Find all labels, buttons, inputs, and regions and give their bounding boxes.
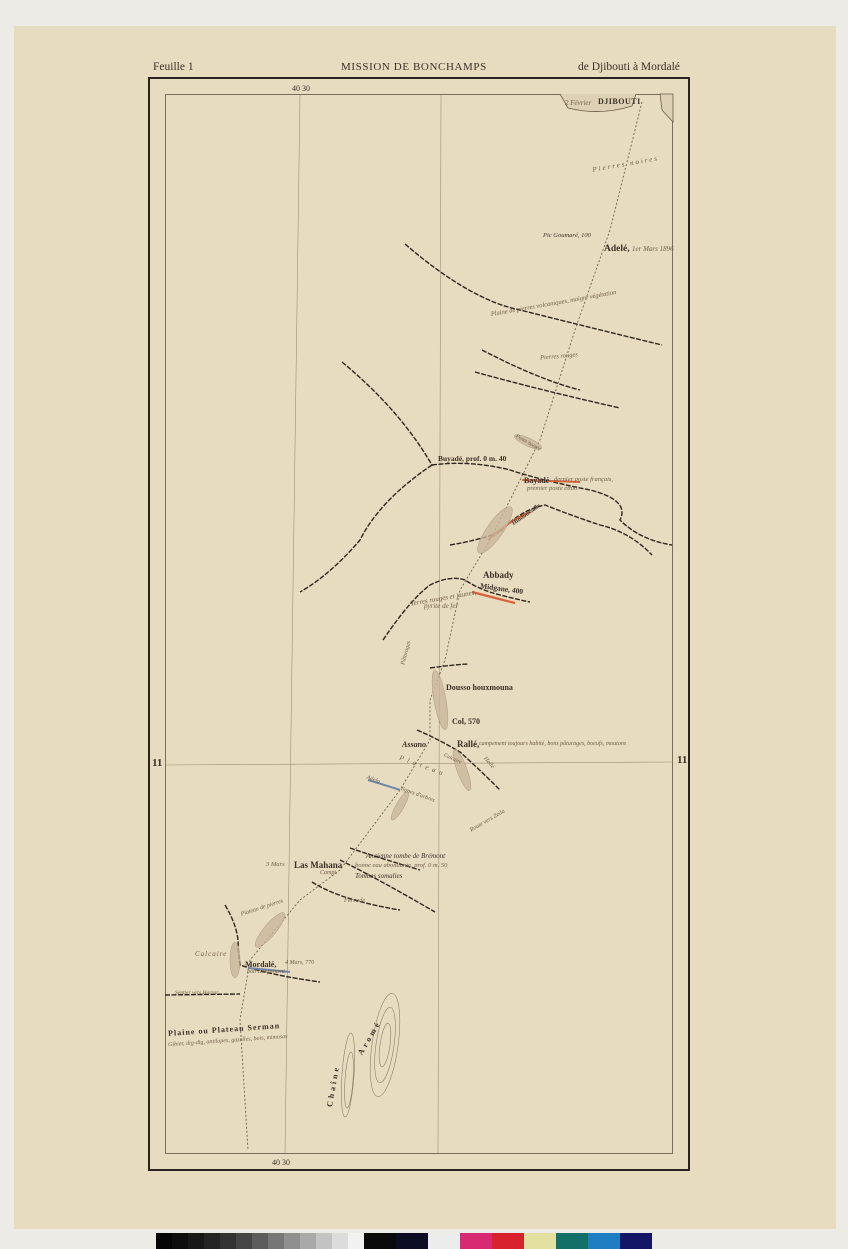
label-djibouti: DJIBOUTI bbox=[598, 97, 641, 106]
map-drawing bbox=[0, 0, 848, 1249]
label-col: Col, 570 bbox=[452, 717, 480, 726]
label-bonne-eau: bonne eau abondante, prof. 0 m. 50 bbox=[355, 862, 447, 869]
label-las-mahana: Las Mahana bbox=[294, 860, 342, 870]
label-adele: Adelé, bbox=[604, 244, 630, 254]
label-campt: Campt. bbox=[320, 870, 338, 876]
label-ferrade: Ferrade bbox=[344, 897, 365, 904]
color-swatch bbox=[620, 1233, 652, 1249]
graticule bbox=[165, 95, 673, 1153]
ralle-note: campement toujours habité, bons pâturage… bbox=[479, 741, 626, 747]
color-swatch bbox=[556, 1233, 588, 1249]
color-swatch bbox=[284, 1233, 300, 1249]
color-swatch bbox=[220, 1233, 236, 1249]
color-swatch bbox=[524, 1233, 556, 1249]
mordale-date: 4 Mars, 770 bbox=[285, 960, 314, 966]
right-latitude-tick: 11 bbox=[677, 754, 687, 766]
color-swatch bbox=[348, 1233, 364, 1249]
bottom-longitude-tick: 40 30 bbox=[272, 1158, 290, 1167]
color-swatch bbox=[156, 1233, 172, 1249]
contour-hills bbox=[339, 992, 405, 1118]
route-path bbox=[240, 102, 642, 1150]
hill-hatching bbox=[230, 432, 543, 978]
color-swatch bbox=[204, 1233, 220, 1249]
label-mordale: Mordalé, bbox=[245, 960, 276, 969]
color-swatch bbox=[492, 1233, 524, 1249]
label-pic-goumare: Pic Goumaré, 100 bbox=[543, 232, 591, 239]
color-swatch bbox=[172, 1233, 188, 1249]
label-assano: Assano bbox=[402, 740, 426, 749]
color-swatch bbox=[332, 1233, 348, 1249]
label-calcaire: Calcaire bbox=[195, 950, 227, 958]
adele-date: 1er Mars 1896 bbox=[632, 245, 674, 253]
wadis bbox=[165, 244, 672, 995]
top-longitude-tick: 40 30 bbox=[292, 84, 310, 93]
color-swatch bbox=[236, 1233, 252, 1249]
color-calibration-bar bbox=[156, 1233, 652, 1249]
label-sentier-harrar: Sentier vers Harrar bbox=[175, 990, 218, 996]
color-swatch bbox=[396, 1233, 428, 1249]
label-pyrite: pyrite de fer bbox=[424, 602, 458, 610]
left-latitude-tick: 11 bbox=[152, 757, 162, 769]
djibouti-date: 2 Février bbox=[565, 99, 591, 107]
label-bon-campement: bon campement bbox=[247, 969, 285, 975]
color-swatch bbox=[300, 1233, 316, 1249]
bayade-note-2: premier poste éthio. bbox=[527, 485, 579, 492]
color-swatch bbox=[364, 1233, 396, 1249]
label-dousso-houxmouna: Dousso houxmouna bbox=[446, 683, 513, 692]
color-swatch bbox=[252, 1233, 268, 1249]
color-swatch bbox=[188, 1233, 204, 1249]
label-buyade-river: Buyadé, prof. 0 m. 40 bbox=[438, 454, 506, 463]
coast-right bbox=[660, 94, 673, 122]
color-swatch bbox=[316, 1233, 332, 1249]
label-tombes-somalies: Tombes somalies bbox=[355, 872, 402, 880]
label-bayade: Bayadé bbox=[524, 476, 549, 485]
color-swatch bbox=[460, 1233, 492, 1249]
las-mahana-date: 3 Mars bbox=[266, 861, 285, 868]
bayade-note-1: dernier poste français, bbox=[554, 476, 613, 483]
color-swatch bbox=[268, 1233, 284, 1249]
label-ralle: Rallé, bbox=[457, 739, 479, 749]
label-ancienne-tombe: Ancienne tombe de Brémont bbox=[366, 852, 445, 860]
label-abbady: Abbady bbox=[483, 570, 514, 580]
color-swatch bbox=[428, 1233, 460, 1249]
color-swatch bbox=[588, 1233, 620, 1249]
